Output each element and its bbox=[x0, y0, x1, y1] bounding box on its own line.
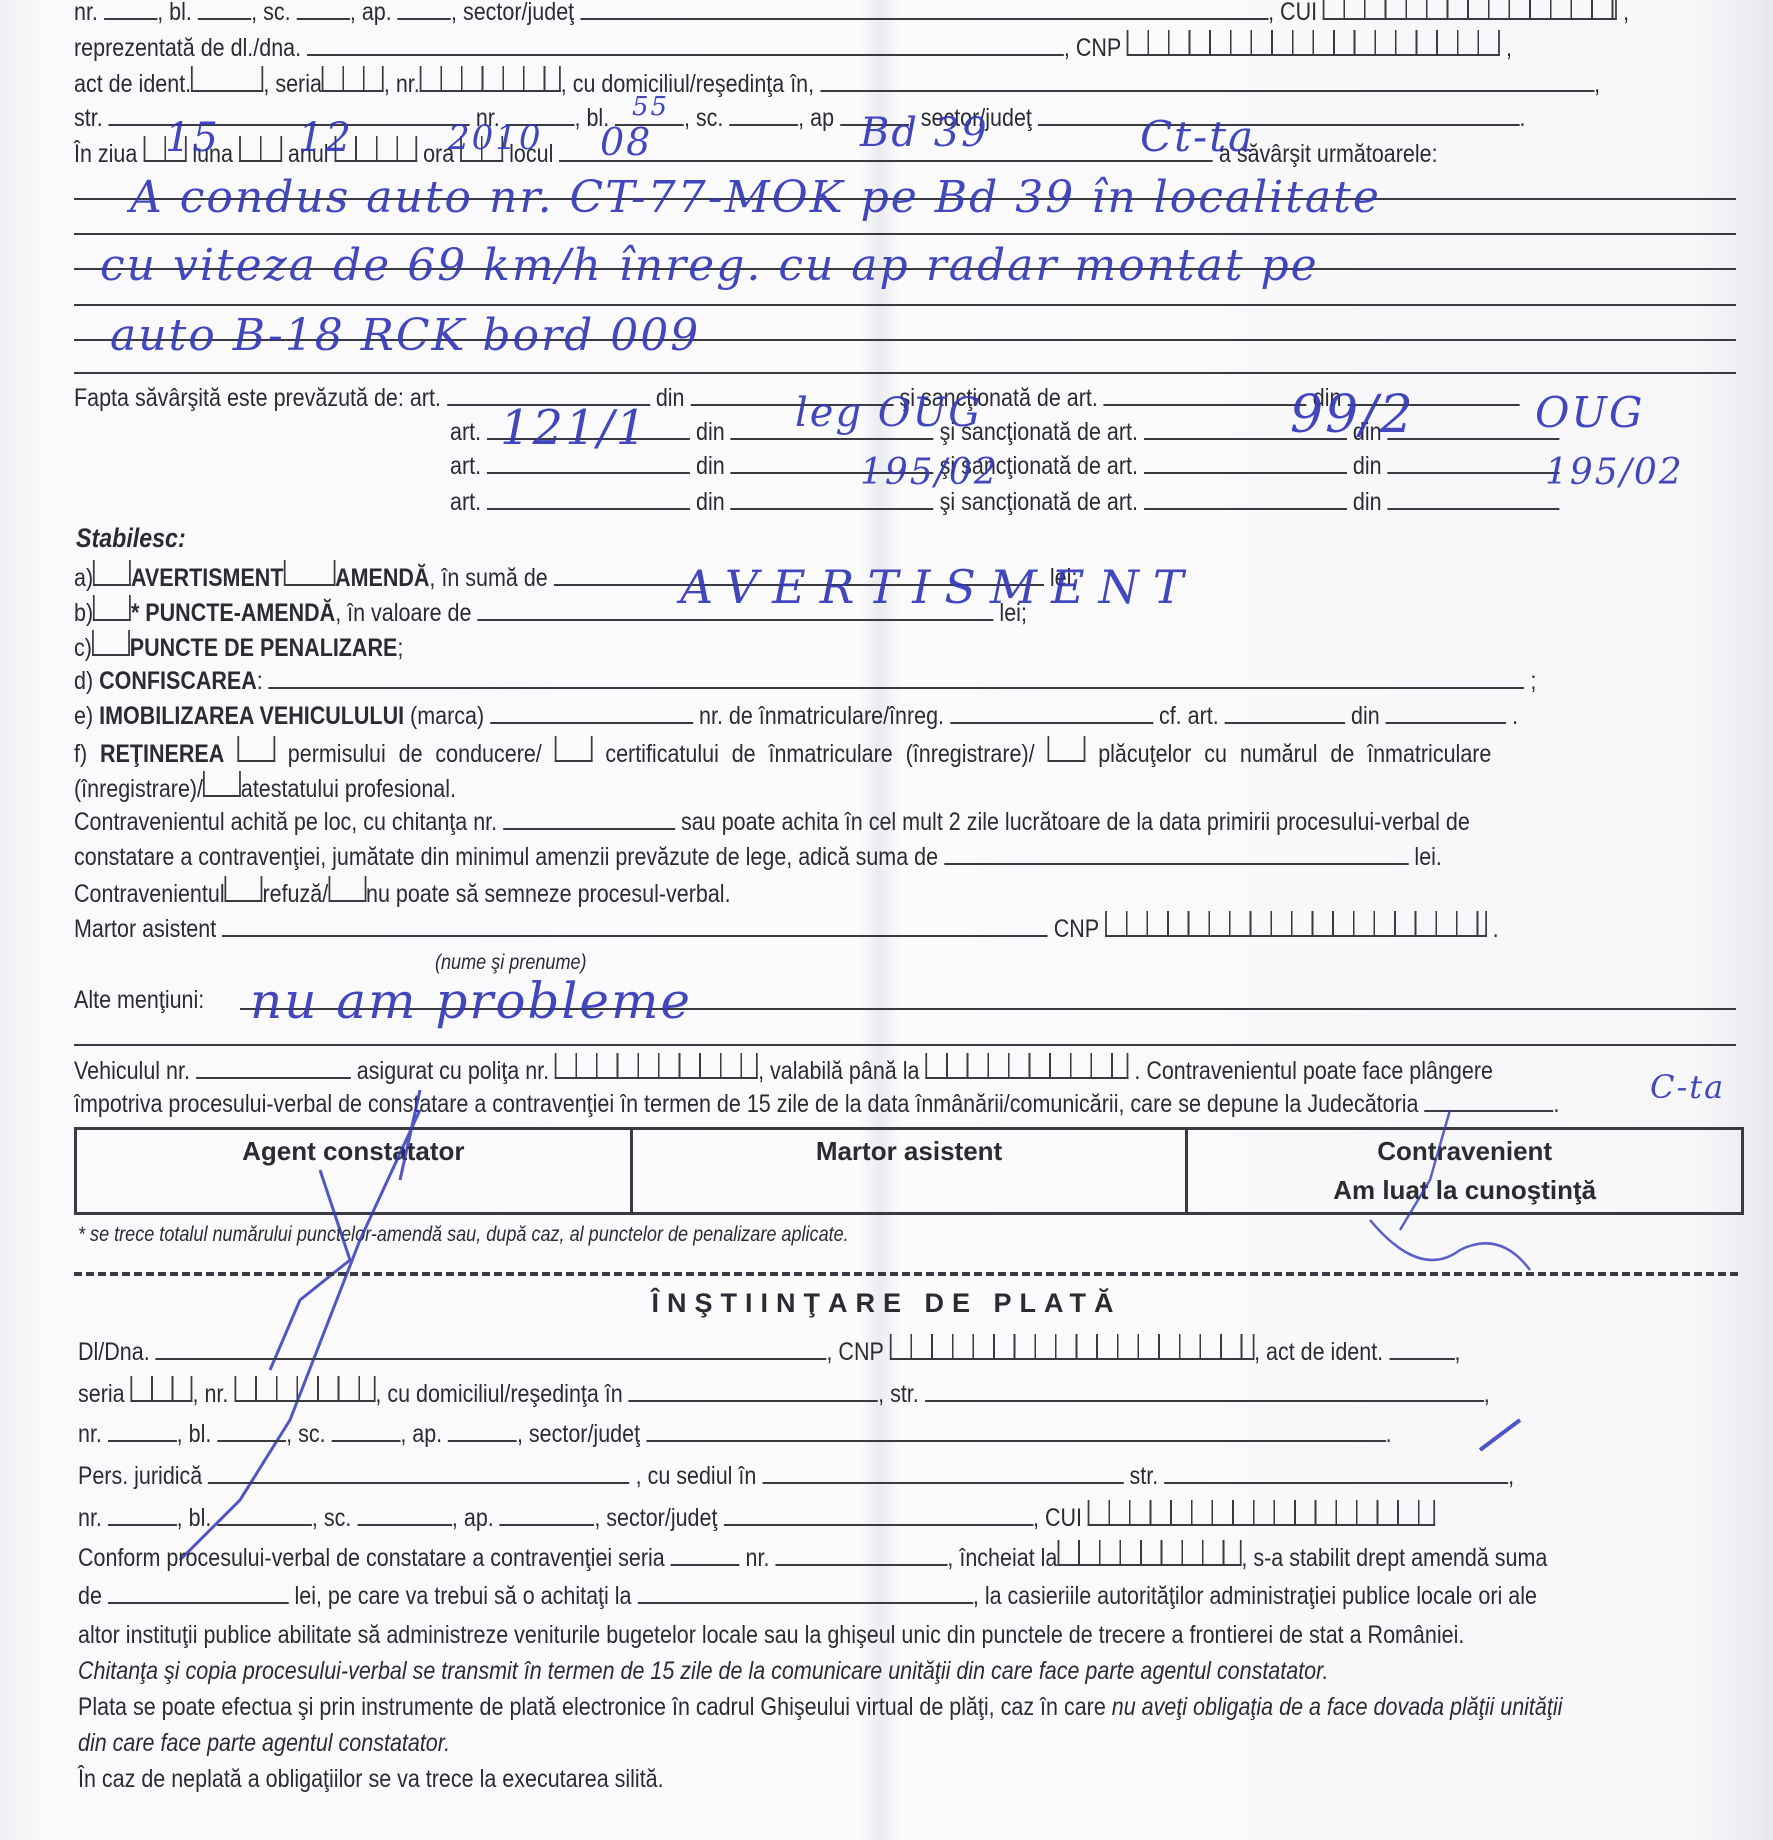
notice-line-4: Pers. juridică , cu sediul în str. , bbox=[78, 1460, 1514, 1491]
notice-seria-boxes[interactable] bbox=[131, 1376, 193, 1402]
notice-cnp-boxes[interactable] bbox=[889, 1334, 1254, 1360]
notice-nr-boxes[interactable] bbox=[234, 1376, 375, 1402]
notice-cui-boxes[interactable] bbox=[1088, 1500, 1435, 1526]
notice-line-2: seria , nr. , cu domiciliul/reşedinţa în… bbox=[78, 1376, 1490, 1409]
concluded-date-boxes[interactable] bbox=[1057, 1540, 1241, 1566]
notice-para-1: Conform procesului-verbal de constatare … bbox=[78, 1540, 1547, 1573]
notice-para-5: Plata se poate efectua şi prin instrumen… bbox=[78, 1692, 1562, 1722]
notice-para-3: altor instituţii publice abilitate să ad… bbox=[78, 1620, 1464, 1650]
notice-line-1: Dl/Dna. , CNP , act de ident. , bbox=[78, 1334, 1460, 1367]
notice-para-7: În caz de neplată a obligaţiilor se va t… bbox=[78, 1764, 664, 1794]
notice-line-5: nr. , bl. , sc. , ap. , sector/judeţ , C… bbox=[78, 1500, 1435, 1533]
scanned-form: nr. , bl. , sc. , ap. , sector/judeţ , C… bbox=[0, 0, 1773, 1840]
cut-line bbox=[74, 1272, 1738, 1276]
notice-line-3: nr. , bl. , sc. , ap. , sector/judeţ . bbox=[78, 1418, 1392, 1449]
notice-para-6: din care face parte agentul constatator. bbox=[78, 1728, 450, 1758]
notice-name-field[interactable] bbox=[156, 1336, 827, 1360]
notice-para-4: Chitanţa şi copia procesului-verbal se t… bbox=[78, 1656, 1328, 1686]
payment-notice-title: ÎNŞTIINŢARE DE PLATĂ bbox=[0, 1288, 1773, 1319]
notice-para-2: de lei, pe care va trebui să o achitaţi … bbox=[78, 1580, 1537, 1611]
